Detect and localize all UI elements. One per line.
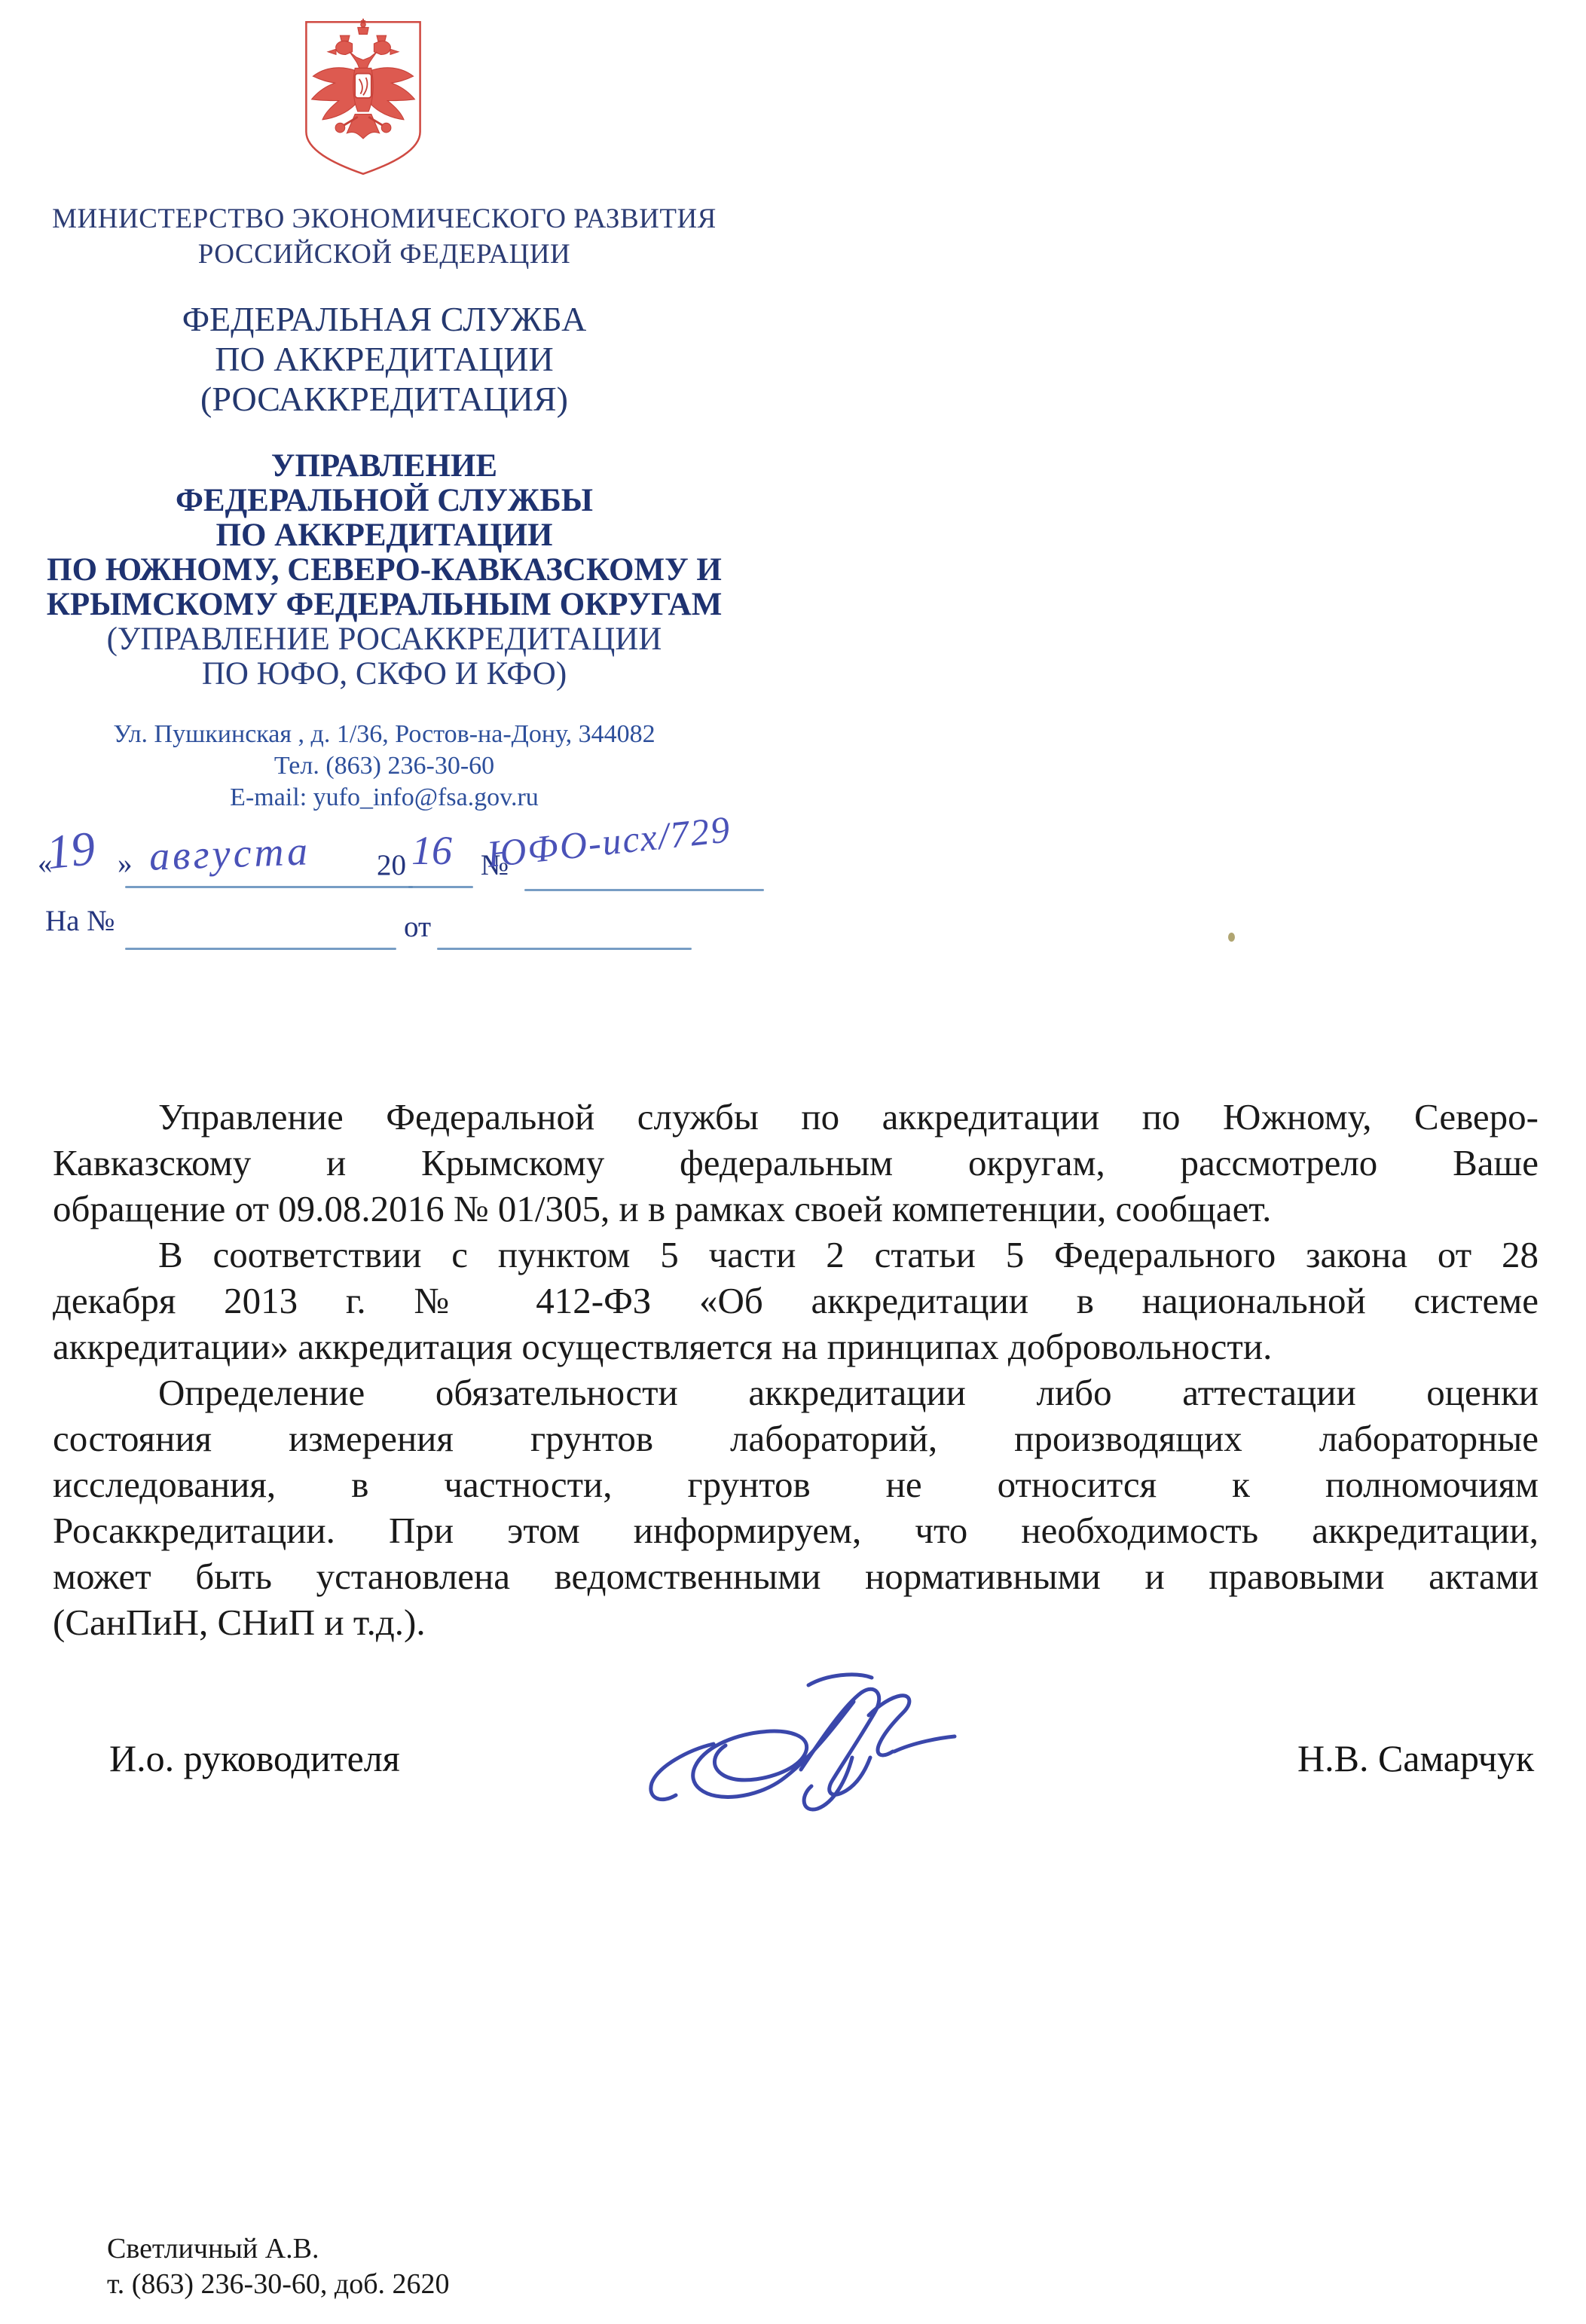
body-line: исследования, в частности, грунтов не от… bbox=[53, 1461, 1539, 1507]
letter-body: Управление Федеральной службы по аккреди… bbox=[53, 1094, 1539, 1645]
scan-speck bbox=[1228, 933, 1235, 942]
body-line: (СанПиН, СНиП и т.д.). bbox=[53, 1599, 1539, 1645]
handwritten-year: 16 bbox=[411, 827, 452, 874]
close-quote: » bbox=[118, 847, 133, 881]
contact-block: Ул. Пушкинская , д. 1/36, Ростов-на-Дону… bbox=[0, 719, 769, 814]
reply-from-label: от bbox=[404, 910, 431, 944]
postal-address: Ул. Пушкинская , д. 1/36, Ростов-на-Дону… bbox=[0, 719, 769, 750]
body-line: аккредитации» аккредитация осуществляетс… bbox=[53, 1324, 1539, 1370]
body-line: обращение от 09.08.2016 № 01/305, и в ра… bbox=[53, 1186, 1539, 1232]
body-line: состояния измерения грунтов лабораторий,… bbox=[53, 1415, 1539, 1461]
body-line: Определение обязательности аккредитации … bbox=[53, 1370, 1539, 1415]
month-underline bbox=[125, 886, 413, 888]
signature-autograph bbox=[629, 1661, 968, 1823]
executor-phone: т. (863) 236-30-60, доб. 2620 bbox=[107, 2267, 450, 2302]
body-line: Управление Федеральной службы по аккреди… bbox=[53, 1094, 1539, 1140]
body-line: может быть установлена ведомственными но… bbox=[53, 1553, 1539, 1599]
body-line: декабря 2013 г. № 412-ФЗ «Об аккредитаци… bbox=[53, 1278, 1539, 1324]
year-underline bbox=[408, 886, 473, 888]
number-underline bbox=[524, 889, 764, 891]
letterhead: МИНИСТЕРСТВО ЭКОНОМИЧЕСКОГО РАЗВИТИЯ РОС… bbox=[0, 0, 769, 814]
year-prefix: 20 bbox=[377, 848, 406, 882]
ministry-line-2: РОССИЙСКОЙ ФЕДЕРАЦИИ bbox=[0, 237, 769, 272]
service-line-1: ФЕДЕРАЛЬНАЯ СЛУЖБА bbox=[0, 299, 769, 339]
office-bold-line-1: УПРАВЛЕНИЕ bbox=[0, 449, 769, 484]
office-reg-line-1: (УПРАВЛЕНИЕ РОСАККРЕДИТАЦИИ bbox=[0, 622, 769, 657]
service-line-3: (РОСАККРЕДИТАЦИЯ) bbox=[0, 379, 769, 419]
handwritten-day: 19 bbox=[44, 820, 97, 881]
body-line: В соответствии с пунктом 5 части 2 стать… bbox=[53, 1232, 1539, 1278]
handwritten-month: августа bbox=[148, 827, 311, 879]
email-line: E-mail: yufo_info@fsa.gov.ru bbox=[0, 782, 769, 814]
letter-page: МИНИСТЕРСТВО ЭКОНОМИЧЕСКОГО РАЗВИТИЯ РОС… bbox=[0, 0, 1586, 2324]
federal-service-name: ФЕДЕРАЛЬНАЯ СЛУЖБА ПО АККРЕДИТАЦИИ (РОСА… bbox=[0, 299, 769, 419]
office-bold-line-3: ПО АККРЕДИТАЦИИ bbox=[0, 518, 769, 553]
ministry-name: МИНИСТЕРСТВО ЭКОНОМИЧЕСКОГО РАЗВИТИЯ РОС… bbox=[0, 201, 769, 272]
signer-position: И.о. руководителя bbox=[109, 1736, 400, 1780]
office-reg-line-2: ПО ЮФО, СКФО И КФО) bbox=[0, 657, 769, 692]
ministry-line-1: МИНИСТЕРСТВО ЭКОНОМИЧЕСКОГО РАЗВИТИЯ bbox=[0, 201, 769, 237]
executor-name: Светличный А.В. bbox=[107, 2231, 450, 2267]
reply-number-underline bbox=[125, 948, 396, 950]
service-line-2: ПО АККРЕДИТАЦИИ bbox=[0, 339, 769, 379]
office-name-bold: УПРАВЛЕНИЕ ФЕДЕРАЛЬНОЙ СЛУЖБЫ ПО АККРЕДИ… bbox=[0, 449, 769, 622]
reply-date-underline bbox=[437, 948, 692, 950]
russia-coat-of-arms-icon bbox=[295, 17, 431, 179]
executor-block: Светличный А.В. т. (863) 236-30-60, доб.… bbox=[107, 2231, 450, 2302]
reply-number-label: На № bbox=[45, 904, 115, 938]
office-bold-line-4: ПО ЮЖНОМУ, СЕВЕРО-КАВКАЗСКОМУ И bbox=[0, 553, 769, 588]
body-line: Кавказскому и Крымскому федеральным окру… bbox=[53, 1140, 1539, 1186]
reply-reference-row: На № от bbox=[36, 902, 797, 963]
office-bold-line-2: ФЕДЕРАЛЬНОЙ СЛУЖБЫ bbox=[0, 484, 769, 518]
office-bold-line-5: КРЫМСКОМУ ФЕДЕРАЛЬНЫМ ОКРУГАМ bbox=[0, 588, 769, 622]
date-number-row: « 19 » августа 20 16 № ЮФО-исх/729 bbox=[36, 833, 797, 901]
phone-line: Тел. (863) 236-30-60 bbox=[0, 750, 769, 782]
handwritten-outgoing-number: ЮФО-исх/729 bbox=[485, 807, 733, 876]
body-line: Росаккредитации. При этом информируем, ч… bbox=[53, 1507, 1539, 1553]
office-name-short: (УПРАВЛЕНИЕ РОСАККРЕДИТАЦИИ ПО ЮФО, СКФО… bbox=[0, 622, 769, 692]
signer-name: Н.В. Самарчук bbox=[1297, 1736, 1534, 1780]
